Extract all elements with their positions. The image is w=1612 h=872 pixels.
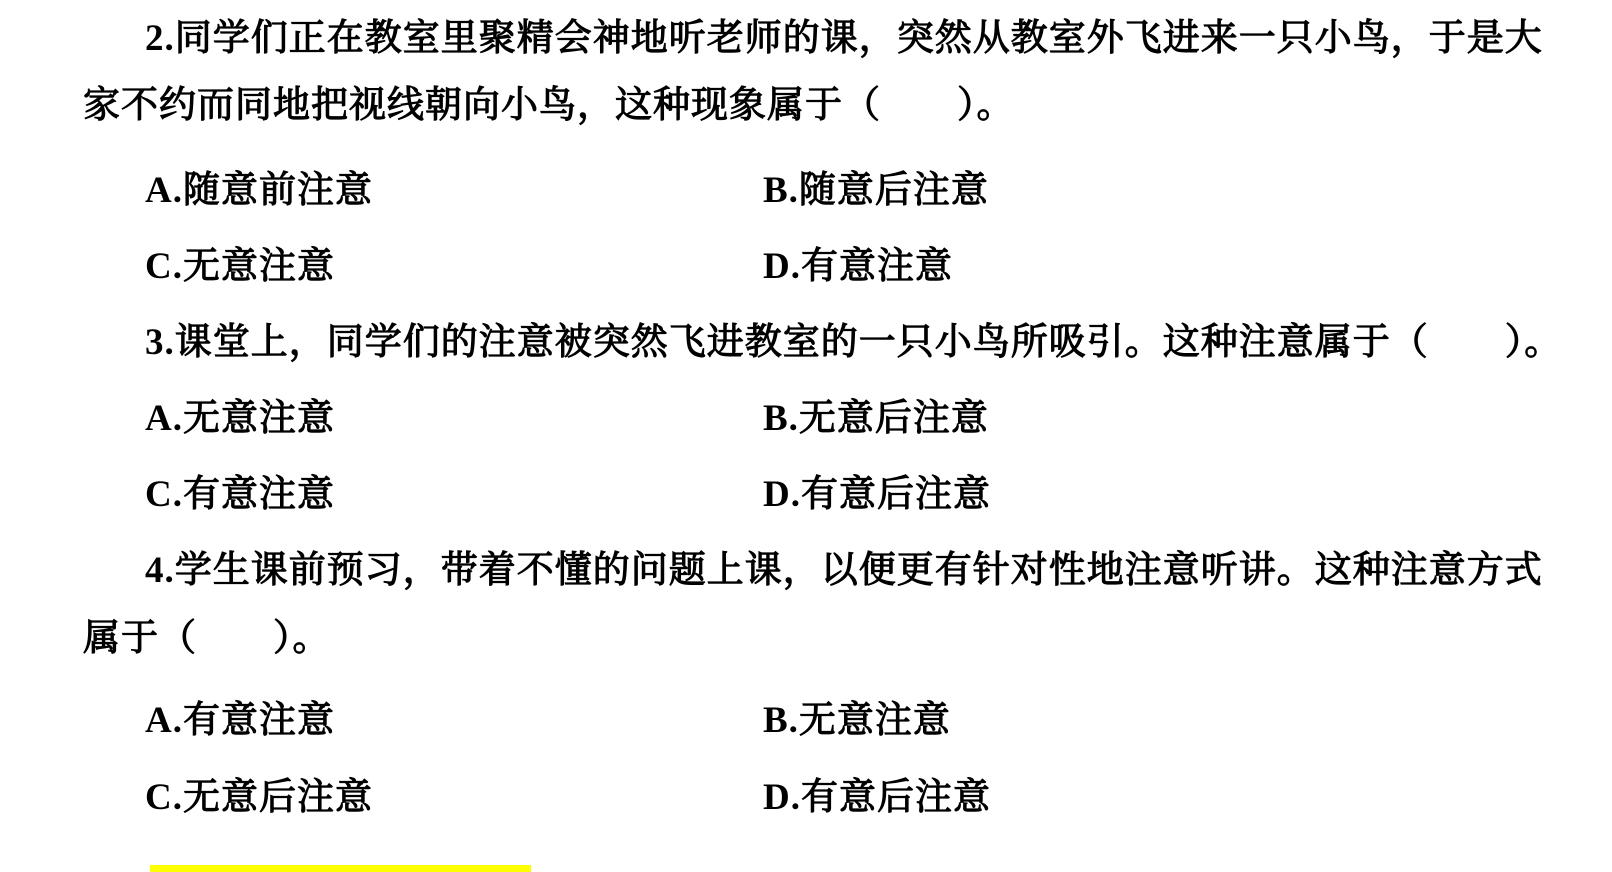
question-4-option-b: B.无意注意 xyxy=(763,700,951,742)
question-2-stem-line-2: 家不约而同地把视线朝向小鸟，这种现象属于（ ）。 xyxy=(83,85,1015,127)
question-3-option-d: D.有意后注意 xyxy=(763,474,991,516)
question-4-option-c: C.无意后注意 xyxy=(145,777,373,819)
question-2-stem-line-1: 2.同学们正在教室里聚精会神地听老师的课，突然从教室外飞进来一只小鸟，于是大 xyxy=(145,18,1543,60)
question-4-option-a: A.有意注意 xyxy=(145,700,335,742)
question-4-stem-line-1: 4.学生课前预习，带着不懂的问题上课，以便更有针对性地注意听讲。这种注意方式 xyxy=(145,550,1543,592)
yellow-highlight-bar xyxy=(150,865,531,872)
question-4-option-d: D.有意后注意 xyxy=(763,777,991,819)
question-3-option-a: A.无意注意 xyxy=(145,398,335,440)
question-2-option-a: A.随意前注意 xyxy=(145,170,373,212)
question-4-stem-line-2: 属于（ ）。 xyxy=(83,618,331,660)
question-2-option-b: B.随意后注意 xyxy=(763,170,989,212)
question-3-stem-line-1: 3.课堂上，同学们的注意被突然飞进教室的一只小鸟所吸引。这种注意属于（ ）。 xyxy=(145,322,1562,364)
exam-document-page: 2.同学们正在教室里聚精会神地听老师的课，突然从教室外飞进来一只小鸟，于是大 家… xyxy=(0,0,1612,872)
question-2-option-d: D.有意注意 xyxy=(763,246,953,288)
question-3-option-b: B.无意后注意 xyxy=(763,398,989,440)
question-3-option-c: C.有意注意 xyxy=(145,474,335,516)
question-2-option-c: C.无意注意 xyxy=(145,246,335,288)
